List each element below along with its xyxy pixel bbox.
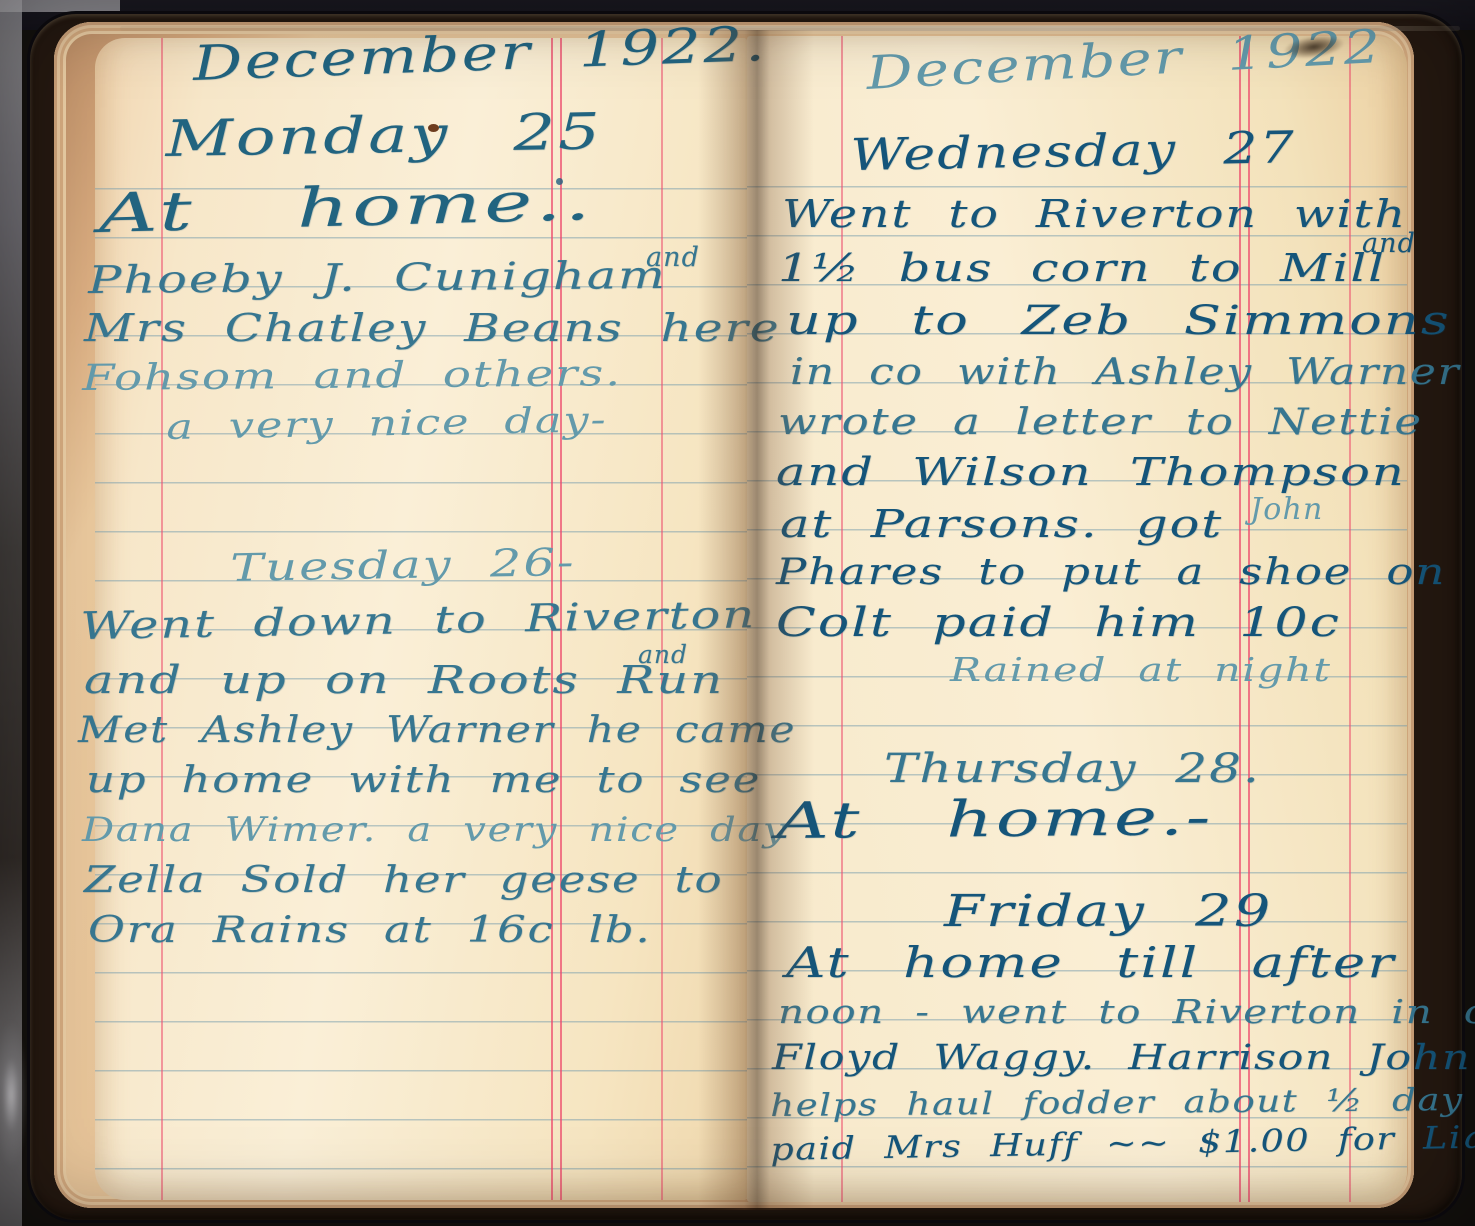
hw-line: up to Zeb Simmons (786, 298, 1451, 344)
hw-line: and Wilson Thompson (776, 450, 1406, 494)
hw-line: Fohsom and others. (82, 353, 622, 399)
hw-line: and up on Roots Run (84, 658, 724, 702)
photo-corner-highlight (0, 1020, 28, 1170)
hw-line: up home with me to see (86, 760, 761, 801)
superscript-word: John (1250, 492, 1324, 527)
hw-line: helps haul fodder about ½ day (770, 1082, 1464, 1124)
hw-line: At home till after (786, 938, 1396, 987)
superscript-word: and (638, 640, 688, 669)
hw-line: at Parsons. got (780, 502, 1223, 546)
hw-line: Phares to put a shoe on (776, 552, 1446, 593)
right-entry-wednesday-day: Wednesday 27 (850, 122, 1296, 181)
hw-line: Floyd Waggy. Harrison John (772, 1038, 1471, 1078)
hw-line: Went to Riverton with (782, 192, 1407, 236)
superscript-word: and (1362, 228, 1416, 259)
hw-line: Met Ashley Warner he came (78, 710, 796, 751)
hw-line: Colt paid him 10c (776, 600, 1341, 646)
hw-line: in co with Ashley Warner (790, 352, 1460, 393)
hw-line: Mrs Chatley Beans here (84, 306, 780, 350)
hw-line: Ora Rains at 16c lb. (88, 910, 652, 951)
hw-line: At home.. (98, 169, 594, 245)
hw-line: noon - went to Riverton in co (778, 992, 1475, 1031)
hw-line: Rained at night (950, 650, 1332, 689)
superscript-word: and (646, 242, 700, 273)
hw-line: a very nice day- (166, 400, 608, 448)
photo-edge-sliver (0, 0, 120, 12)
hw-line: At home.- (776, 788, 1213, 850)
hw-line: wrote a letter to Nettie (778, 402, 1423, 443)
right-entry-friday-day: Friday 29 (944, 886, 1273, 937)
right-entry-thursday-day: Thursday 28. (884, 746, 1261, 792)
hw-line: Phoeby J. Cunigham (88, 253, 667, 302)
ink-dot (556, 178, 563, 185)
left-entry-tuesday-day: Tuesday 26- (230, 540, 576, 590)
hw-line: Dana Wimer. a very nice day (82, 810, 787, 850)
diary-photograph: December 1922. Monday 25 At home.. Phoeb… (0, 0, 1475, 1226)
left-entry-monday-day: Monday 25 (165, 102, 603, 168)
hw-line: Zella Sold her geese to (84, 860, 723, 901)
paper-speck (428, 124, 439, 132)
hw-line: 1½ bus corn to Mill (778, 246, 1386, 290)
